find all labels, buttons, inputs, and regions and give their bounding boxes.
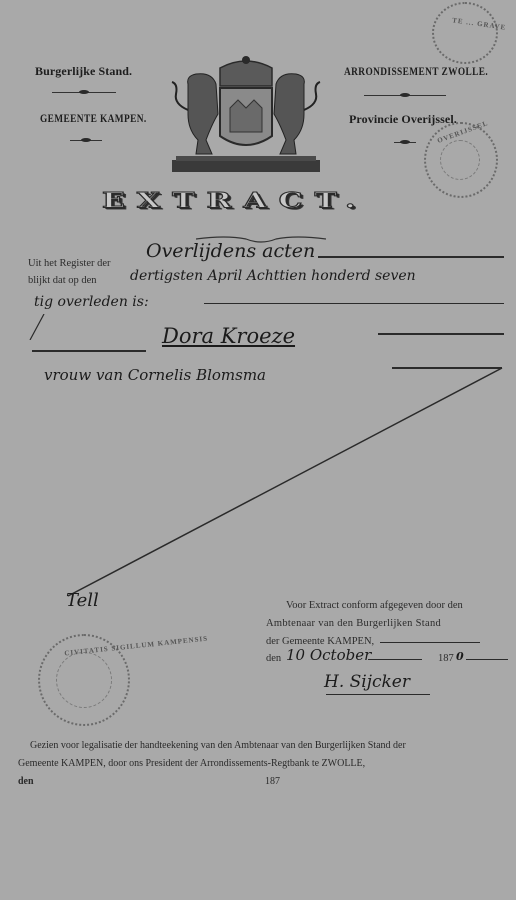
handwritten-name: Dora Kroeze — [162, 324, 295, 348]
register-label-2: blijkt dat op den — [28, 275, 97, 286]
ornament-divider — [364, 95, 446, 96]
handwritten-deceased-text: tig overleden is: — [34, 294, 149, 310]
fill-line — [318, 256, 504, 258]
handwritten-year-digit: 0 — [456, 650, 464, 663]
header-burgerlijke-stand: Burgerlijke Stand. — [35, 64, 132, 79]
handwritten-tell-mark: Tell — [66, 590, 99, 611]
certification-line-2: Ambtenaar van den Burgerlijken Stand — [266, 618, 441, 629]
signature-underline — [326, 694, 430, 695]
header-arrondissement-zwolle: ARRONDISSEMENT ZWOLLE. — [344, 64, 488, 79]
legalisation-year-prefix: 187 — [265, 776, 280, 787]
handwritten-date: dertigsten April Achttien honderd seven — [130, 268, 416, 284]
legalisation-line-1: Gezien voor legalisatie der handteekenin… — [30, 740, 406, 751]
fill-line — [32, 350, 146, 352]
legalisation-line-2: Gemeente KAMPEN, door ons President der … — [18, 758, 365, 769]
certification-line-1: Voor Extract conform afgegeven door den — [286, 600, 463, 611]
header-gemeente-kampen: GEMEENTE KAMPEN. — [40, 111, 147, 126]
official-signature: H. Sijcker — [324, 672, 410, 692]
legalisation-den-label: den — [18, 776, 34, 787]
seal-sigillum-kampen: CIVITATIS SIGILLUM KAMPENSIS — [38, 634, 130, 726]
register-label-1: Uit het Register der — [28, 258, 111, 269]
fill-line — [204, 303, 504, 304]
ornament-divider — [52, 92, 116, 93]
fill-line — [368, 659, 422, 660]
certification-den-label: den — [266, 653, 281, 664]
handwritten-stroke — [28, 314, 48, 340]
diagonal-cancel-line — [60, 366, 510, 602]
header-provincie-overijssel: Provincie Overijssel. — [349, 112, 457, 127]
ornament-divider — [394, 142, 416, 143]
cert-year-prefix: 187 — [438, 653, 454, 664]
handwritten-register-type: Overlijdens acten — [146, 240, 315, 262]
fill-line — [378, 333, 504, 335]
coat-of-arms-icon — [168, 54, 324, 176]
fill-line — [380, 642, 480, 643]
ornament-divider — [70, 140, 102, 141]
fill-line — [466, 659, 508, 660]
handwritten-cert-date: 10 October — [286, 646, 371, 664]
document-title: EXTRACT. — [102, 188, 367, 213]
stamp-overijssel: OVERIJSSEL — [424, 122, 498, 198]
stamp-top-right: TE ... GRAVE — [432, 2, 498, 64]
